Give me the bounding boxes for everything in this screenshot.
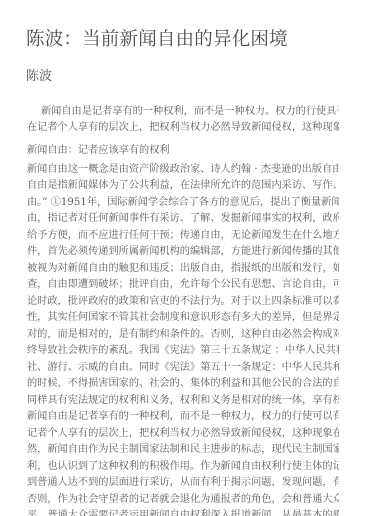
- body-line: 自由是指新闻媒体为了公共利益，在法律所允许的范围内采访、写作、报道、发表新闻信息…: [27, 179, 339, 192]
- article-page: 陈波：当前新闻自由的异化困境 陈波 新闻自由是记者享有的一种权利，而不是一种权力…: [0, 0, 365, 516]
- intro-line: 新闻自由是记者享有的一种权利，而不是一种权力。权力的行使具有强制性，权利只能停留: [41, 105, 339, 118]
- body-line: 查，自由即遭到破坏；批评自由，允许每个公民有思想、言论自由，可以自由表达各种意见…: [27, 278, 339, 291]
- body-line: 由。” ①1951年，国际新闻学会综合了各方的意见后，提出了衡量新闻自由的4条标…: [27, 196, 339, 209]
- body-line: 论时政，批评政府的政策和官吏的不法行为。对于以上四条标准可以看出新闻自由的绝对至…: [27, 295, 339, 308]
- body-line: 记者个人享有的层次上，把权利当权力必然导致新闻侵权，这种现象在今天已经屡见不鲜了…: [27, 427, 339, 440]
- article-title: 陈波：当前新闻自由的异化困境: [26, 29, 288, 51]
- body-line: 社、游行、示威的自由。同时《宪法》第五十一条规定：中华人民共和国公民在行使自由和…: [27, 361, 339, 374]
- body-line: 由，指记者对任何新闻事件有采访、了解、发掘新闻事实的权利，政府机关、有关部门和个…: [27, 212, 339, 225]
- body-line: 给予方便，而不应进行任何干预；传递自由，无论新闻发生在什么地方，记者采访所写成的…: [27, 229, 339, 242]
- body-line: 同样具有宪法规定的权利和义务，权利和义务是相对的统一体，享有权利的同时必须尽到义…: [27, 394, 339, 407]
- body-line: 利，也认识到了这种权利的积极作用。作为新闻自由权利行使主体的记者有了这一法宝可以…: [27, 460, 339, 473]
- body-line: 的时候，不得损害国家的、社会的、集体的利益和其他公民的合法的自由和权利。记者作为…: [27, 377, 339, 390]
- body-line: 到普通人达不到的层面进行采访，从而有利于揭示问题，发现问题，有利于社会的发展和进…: [27, 476, 339, 489]
- body-line: 然，新闻自由作为民主制国家法制和民主进步的标志，现代民主制国家都在坚持和强调这一…: [27, 443, 339, 456]
- body-line: 性，其实任何国家不管其社会制度和意识形态有多大的差异，但是界定的新闻自由权利都不…: [27, 311, 339, 324]
- section-heading: 新闻自由：记者应该享有的权利: [27, 144, 170, 157]
- body-line: 平。普通大众需要记者运用新闻自由权利深入报道新闻，从最基本的感知层面上讲能够满足…: [27, 509, 339, 516]
- body-line: 否则，作为社会守望者的记者就会退化为通报者的角色，会和普通大众对社会的感知处于同…: [27, 493, 339, 506]
- intro-line: 在记者个人享有的层次上，把权利当权力必然导致新闻侵权，这种现象在今天已经屡见不鲜…: [27, 121, 339, 134]
- body-line: 新闻自由这一概念是由资产阶级政治家、诗人约翰 · 杰斐逊的出版自由的观点衍生而来…: [27, 163, 339, 176]
- article-author: 陈波: [26, 69, 52, 85]
- body-line: 被视为对新闻自由的触犯和违反；出版自由，指报纸的出版和发行，如果受到限制或发行受…: [27, 262, 339, 275]
- body-line: 对的，而是相对的，是有制约和条件的。否则，这种自由必然会构成对另外一种自由的侵害…: [27, 328, 339, 341]
- body-line: 件，首先必须传递到所属新闻机构的编辑部，方能进行新闻传播的其他程序。如果传递受阻…: [27, 245, 339, 258]
- body-line: 新闻自由是记者享有的一种权利，而不是一种权力，权力的行使可以有强制性，权利只能停…: [27, 410, 339, 423]
- body-line: 终导致社会秩序的紊乱。我国《宪法》第三十五条规定 ：中华人民共和国公民有言论、出…: [27, 344, 339, 357]
